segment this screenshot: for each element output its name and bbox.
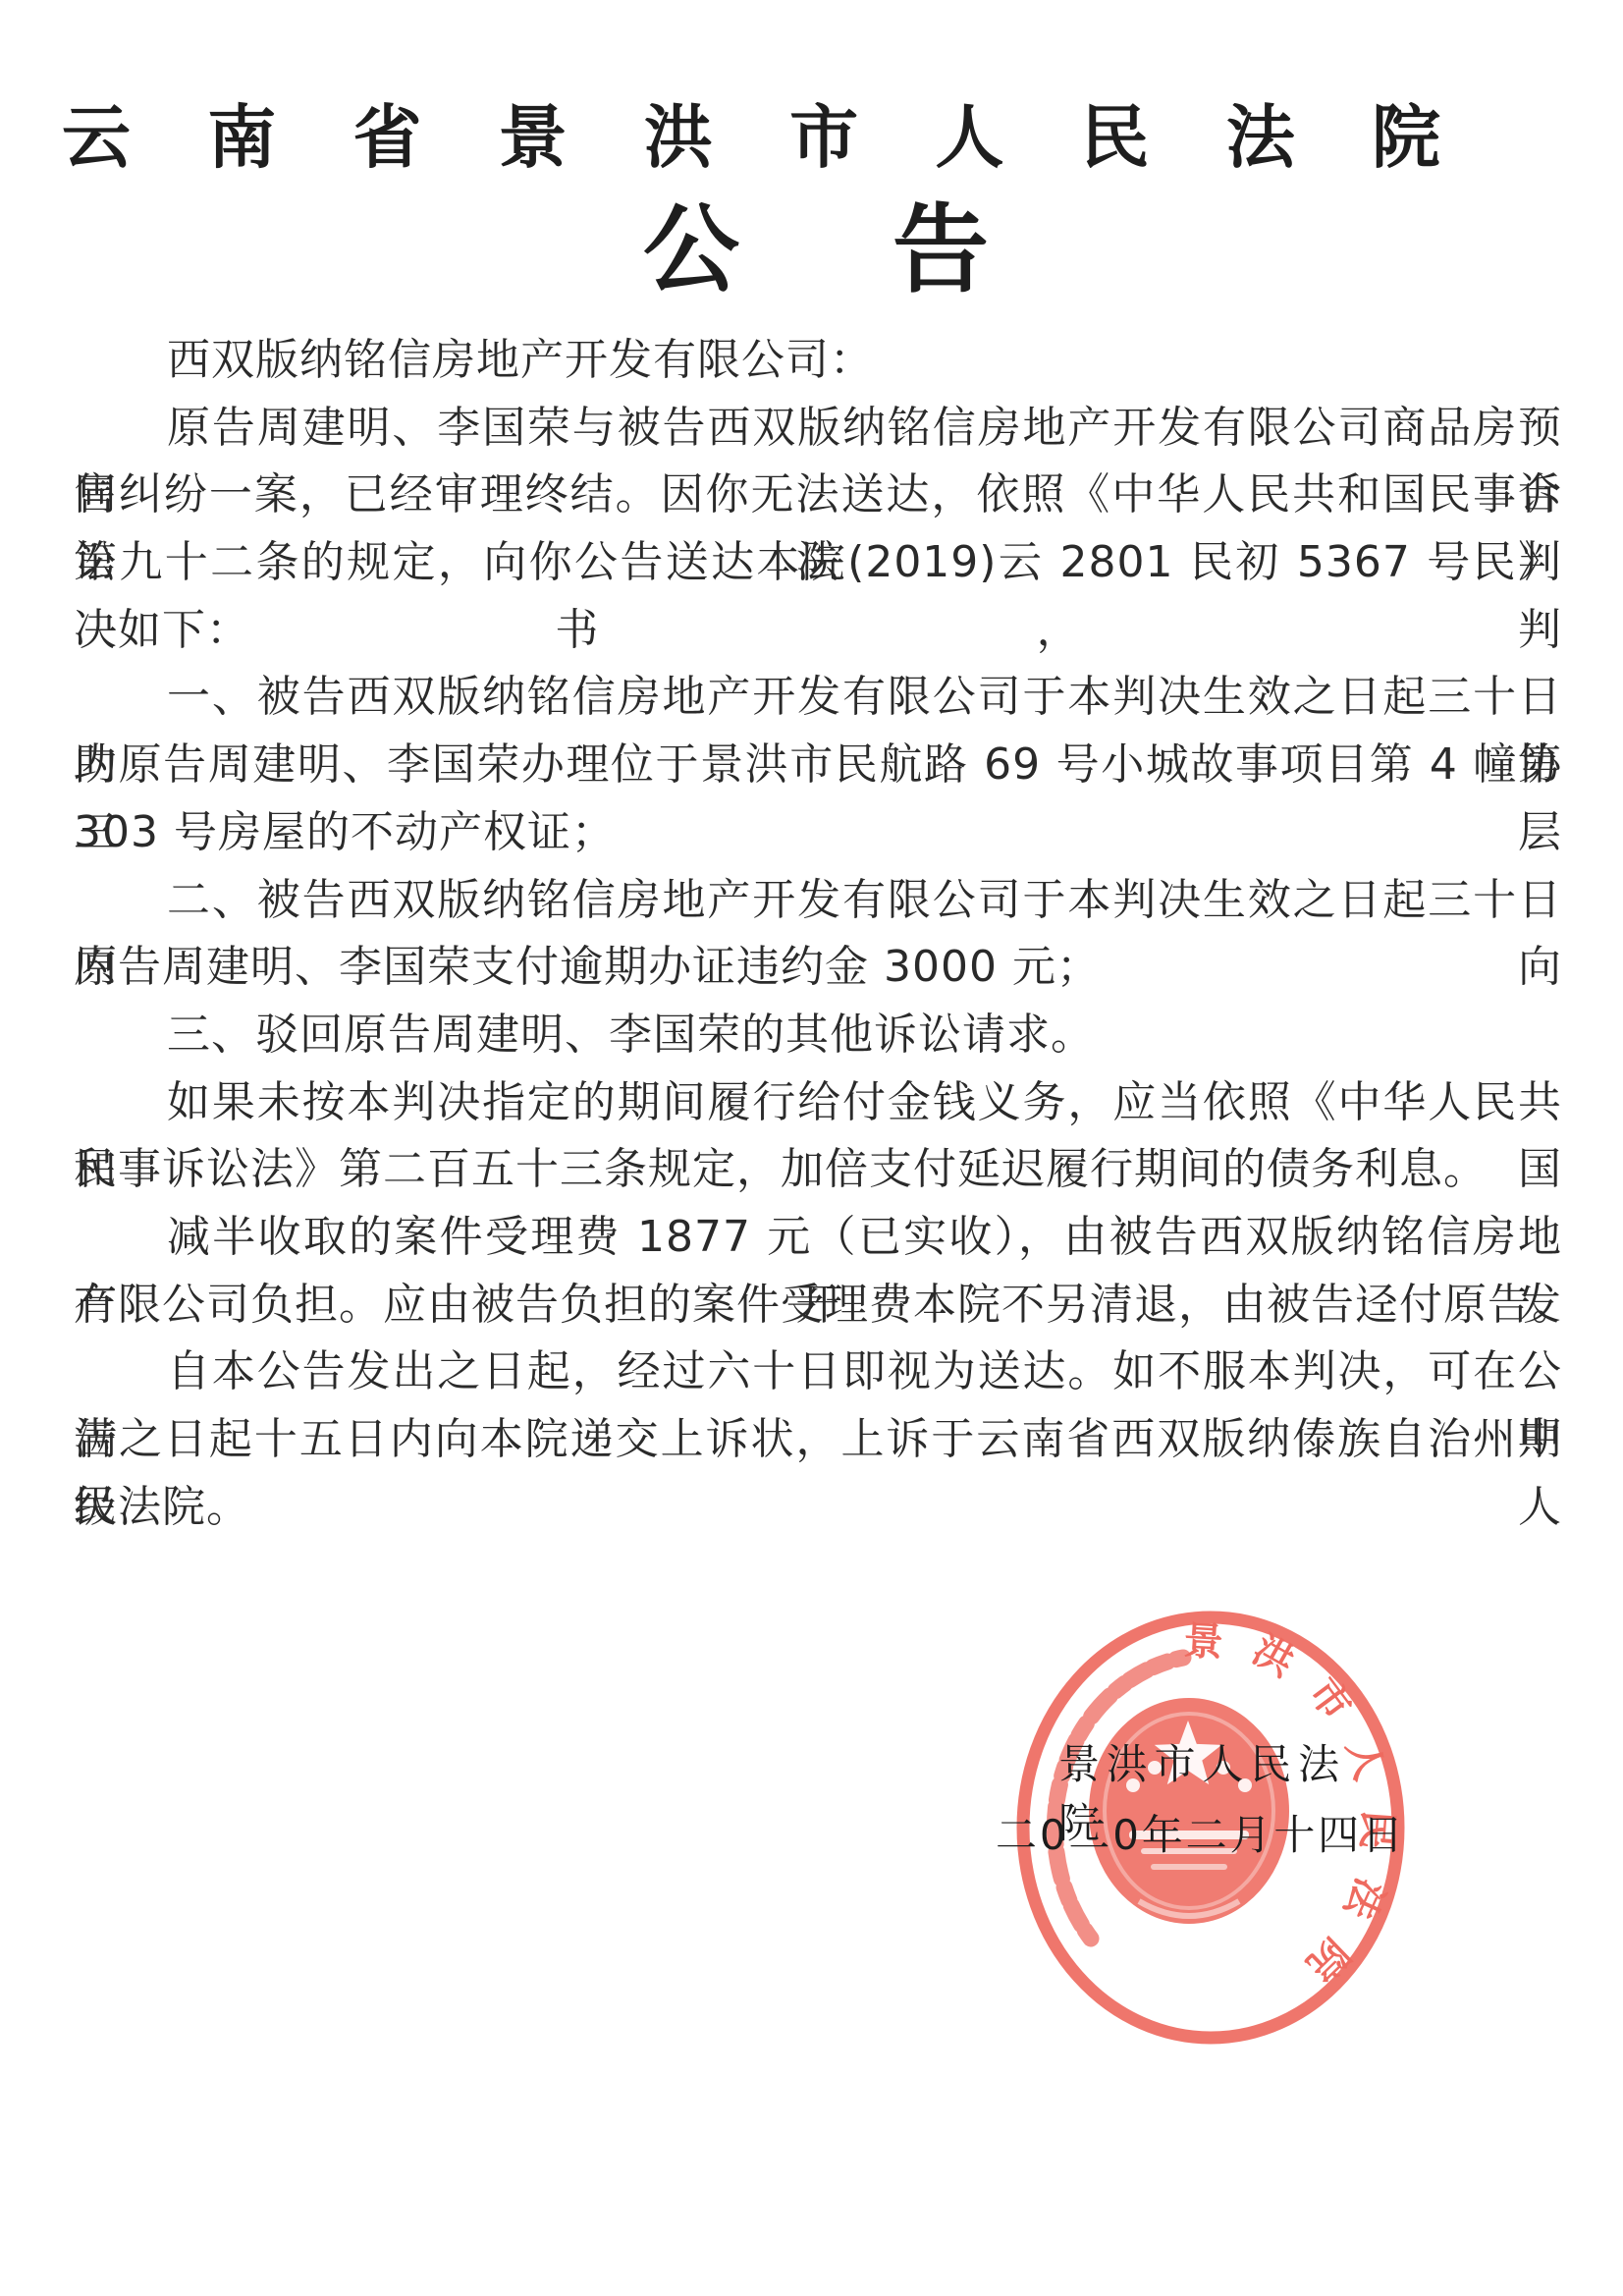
body-line: 西双版纳铭信房地产开发有限公司： — [74, 327, 1562, 395]
document-title: 公 告 — [643, 173, 989, 311]
court-name-title: 云南省景洪市人民法院 — [62, 82, 1440, 182]
body-line: 自本公告发出之日起，经过六十日即视为送达。如不服本判决，可在公告期 — [74, 1339, 1562, 1406]
body-line: 助原告周建明、李国荣办理位于景洪市民航路 69 号小城故事项目第 4 幢第三层 — [74, 732, 1562, 799]
body-line: 满之日起十五日内向本院递交上诉状，上诉于云南省西双版纳傣族自治州中级人 — [74, 1406, 1562, 1474]
body-line: 二、被告西双版纳铭信房地产开发有限公司于本判决生效之日起三十日内向 — [74, 867, 1562, 935]
announcement-body: 西双版纳铭信房地产开发有限公司： 原告周建明、李国荣与被告西双版纳铭信房地产开发… — [74, 327, 1562, 1541]
signature-date: 二0二0年二月十四日 — [996, 1803, 1403, 1862]
body-line: 同纠纷一案，已经审理终结。因你无法送达，依照《中华人民共和国民事诉讼法》 — [74, 462, 1562, 529]
body-line: 有限公司负担。应由被告负担的案件受理费本院不另清退，由被告迳付原告。 — [74, 1272, 1562, 1339]
scanned-court-announcement: 云南省景洪市人民法院 公 告 西双版纳铭信房地产开发有限公司： 原告周建明、李国… — [0, 0, 1623, 2296]
body-line: 一、被告西双版纳铭信房地产开发有限公司于本判决生效之日起三十日内协 — [74, 664, 1562, 732]
body-line: 减半收取的案件受理费 1877 元（已实收），由被告西双版纳铭信房地产开发 — [74, 1204, 1562, 1272]
body-line: 原告周建明、李国荣与被告西双版纳铭信房地产开发有限公司商品房预售合 — [74, 395, 1562, 463]
body-line: 如果未按本判决指定的期间履行给付金钱义务，应当依照《中华人民共和国 — [74, 1069, 1562, 1137]
body-line: 第九十二条的规定，向你公告送达本院(2019)云 2801 民初 5367 号民… — [74, 529, 1562, 597]
body-line: 三、驳回原告周建明、李国荣的其他诉讼请求。 — [74, 1002, 1562, 1069]
body-line: 民事诉讼法》第二百五十三条规定，加倍支付延迟履行期间的债务利息。 — [74, 1136, 1562, 1204]
